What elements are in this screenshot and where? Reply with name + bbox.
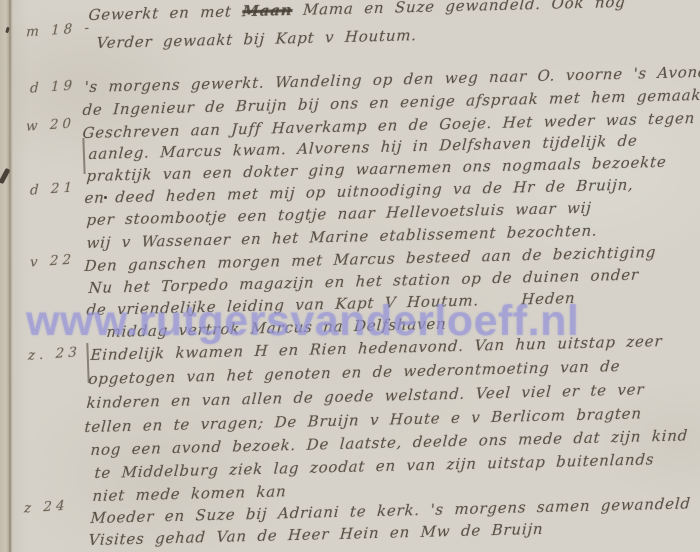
margin-date-20: w 20: [26, 115, 75, 134]
paragraph-mark: [82, 138, 85, 174]
margin-date-22: v 22: [30, 251, 76, 270]
manuscript-page: m 18 - d 19 w 20 d 21 v 22 z. 23 z 24 Ge…: [0, 0, 700, 552]
strikethrough-word: Maan: [242, 1, 293, 20]
handwritten-line: niet mede komen kan: [92, 482, 287, 505]
margin-date-24: z 24: [24, 497, 69, 516]
margin-date-19: d 19: [30, 77, 77, 96]
margin-date-23: z. 23: [28, 344, 81, 364]
line-text: Gewerkt en met: [88, 2, 243, 24]
page-edge-crease: [9, 0, 11, 552]
line-text: Mama en Suze gewandeld. Ook nog: [292, 0, 626, 19]
margin-date-21: d 21: [30, 179, 77, 198]
handwritten-line: Verder gewaakt bij Kapt v Houtum.: [96, 26, 418, 52]
watermark: www.rutgersvanderloeff.nl: [26, 297, 579, 346]
margin-date-18: m 18 -: [26, 20, 94, 41]
handwritten-line: Gewerkt en met Maan Mama en Suze gewande…: [88, 0, 626, 24]
